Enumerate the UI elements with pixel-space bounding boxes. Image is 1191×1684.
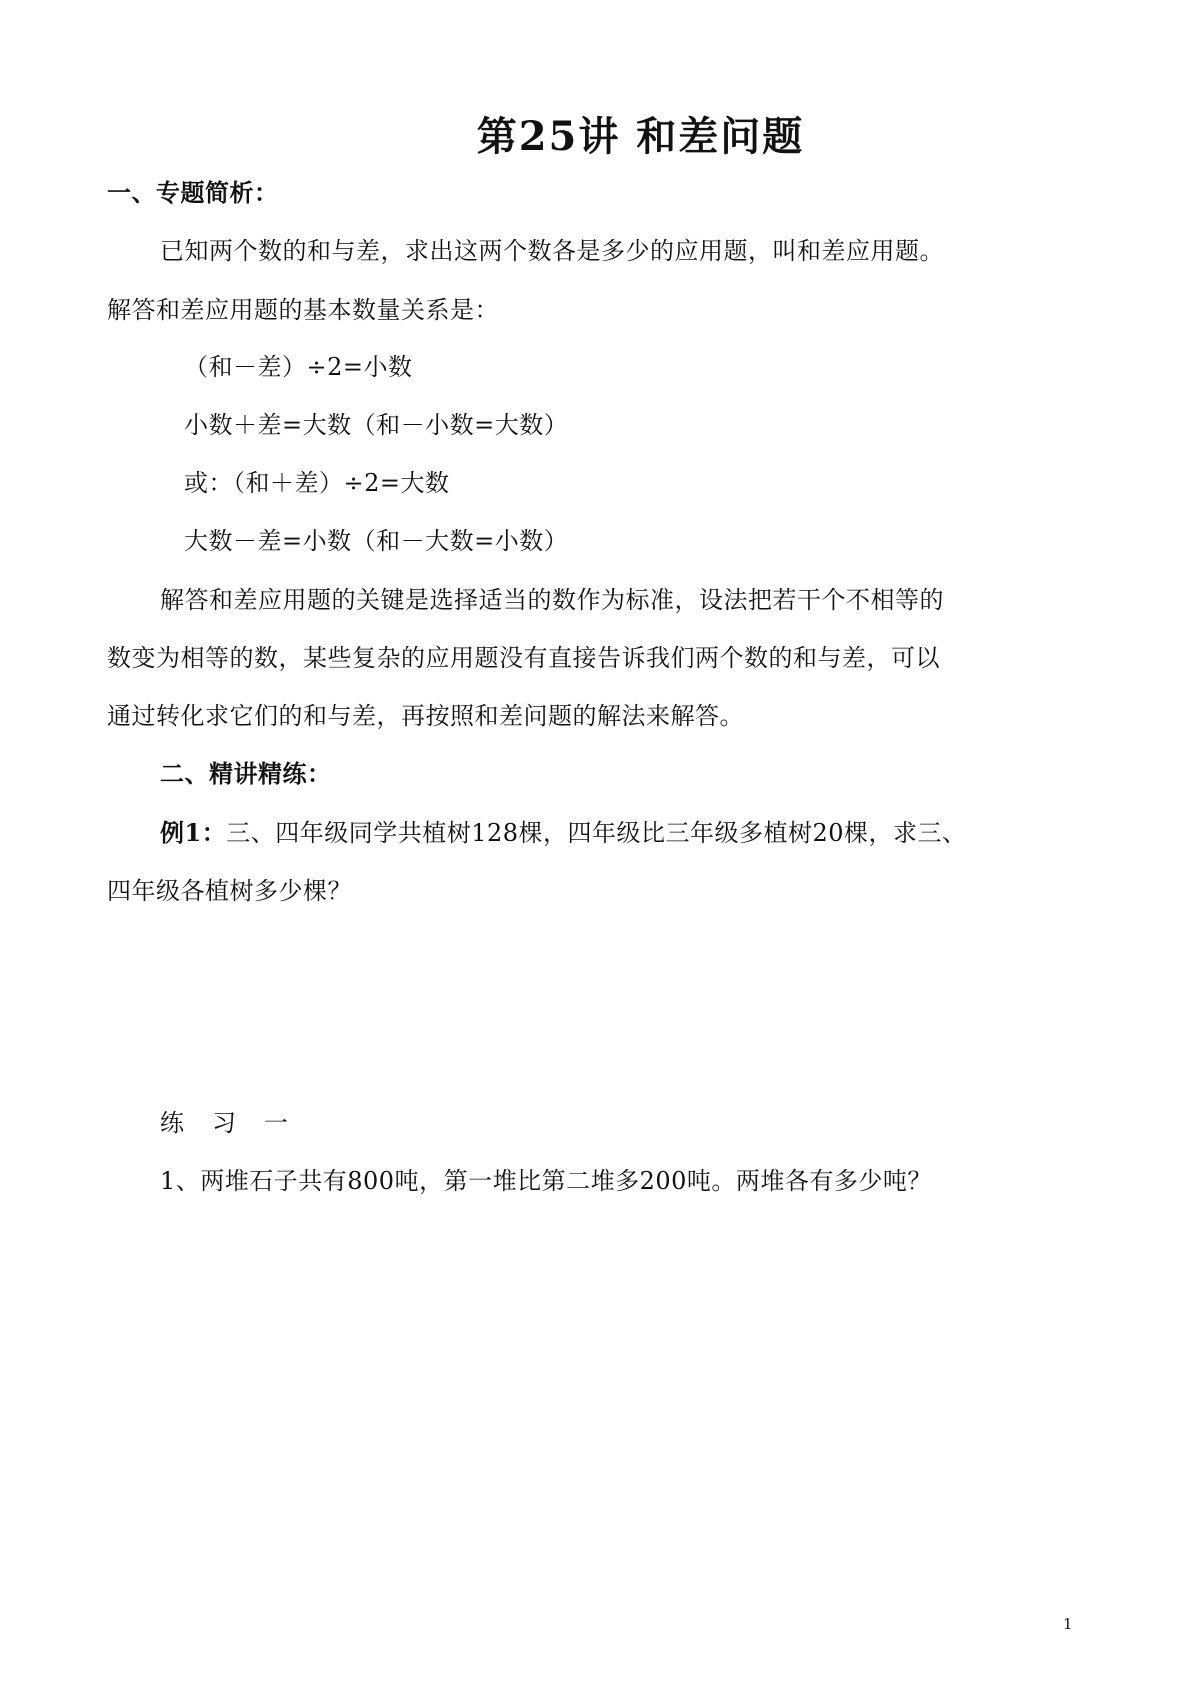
page-number: 1 — [1063, 1615, 1073, 1633]
formula-3: 或：（和＋差）÷2=大数 — [184, 468, 450, 498]
intro-text-line-1: 已知两个数的和与差，求出这两个数各是多少的应用题，叫和差应用题。 — [160, 236, 944, 266]
formula-2: 小数＋差=大数（和－小数=大数） — [184, 410, 568, 440]
practice-heading: 练习一 — [160, 1108, 316, 1138]
example-1-text: 三、四年级同学共植树128棵，四年级比三年级多植树20棵，求三、 — [226, 819, 966, 847]
formula-4: 大数－差=小数（和－大数=小数） — [184, 526, 568, 556]
intro-text-line-2: 解答和差应用题的基本数量关系是： — [107, 295, 499, 325]
example-1-label: 例1： — [160, 818, 226, 847]
example-1-line-1: 例1：三、四年级同学共植树128棵，四年级比三年级多植树20棵，求三、 — [160, 818, 967, 848]
example-1-line-2: 四年级各植树多少棵？ — [107, 876, 352, 906]
key-text-line-3: 通过转化求它们的和与差，再按照和差问题的解法来解答。 — [107, 701, 744, 731]
key-text-line-1: 解答和差应用题的关键是选择适当的数作为标准，设法把若干个不相等的 — [160, 585, 944, 615]
section-heading-overview: 一、专题简析： — [107, 178, 279, 208]
page-title: 第25讲 和差问题 — [0, 112, 1191, 162]
section-heading-practice: 二、精讲精练： — [160, 759, 332, 789]
document-page: 第25讲 和差问题 一、专题简析： 已知两个数的和与差，求出这两个数各是多少的应… — [0, 0, 1191, 1684]
practice-question-1: 1、两堆石子共有800吨，第一堆比第二堆多200吨。两堆各有多少吨？ — [160, 1166, 932, 1196]
formula-1: （和－差）÷2=小数 — [184, 352, 413, 382]
key-text-line-2: 数变为相等的数，某些复杂的应用题没有直接告诉我们两个数的和与差，可以 — [107, 643, 940, 673]
